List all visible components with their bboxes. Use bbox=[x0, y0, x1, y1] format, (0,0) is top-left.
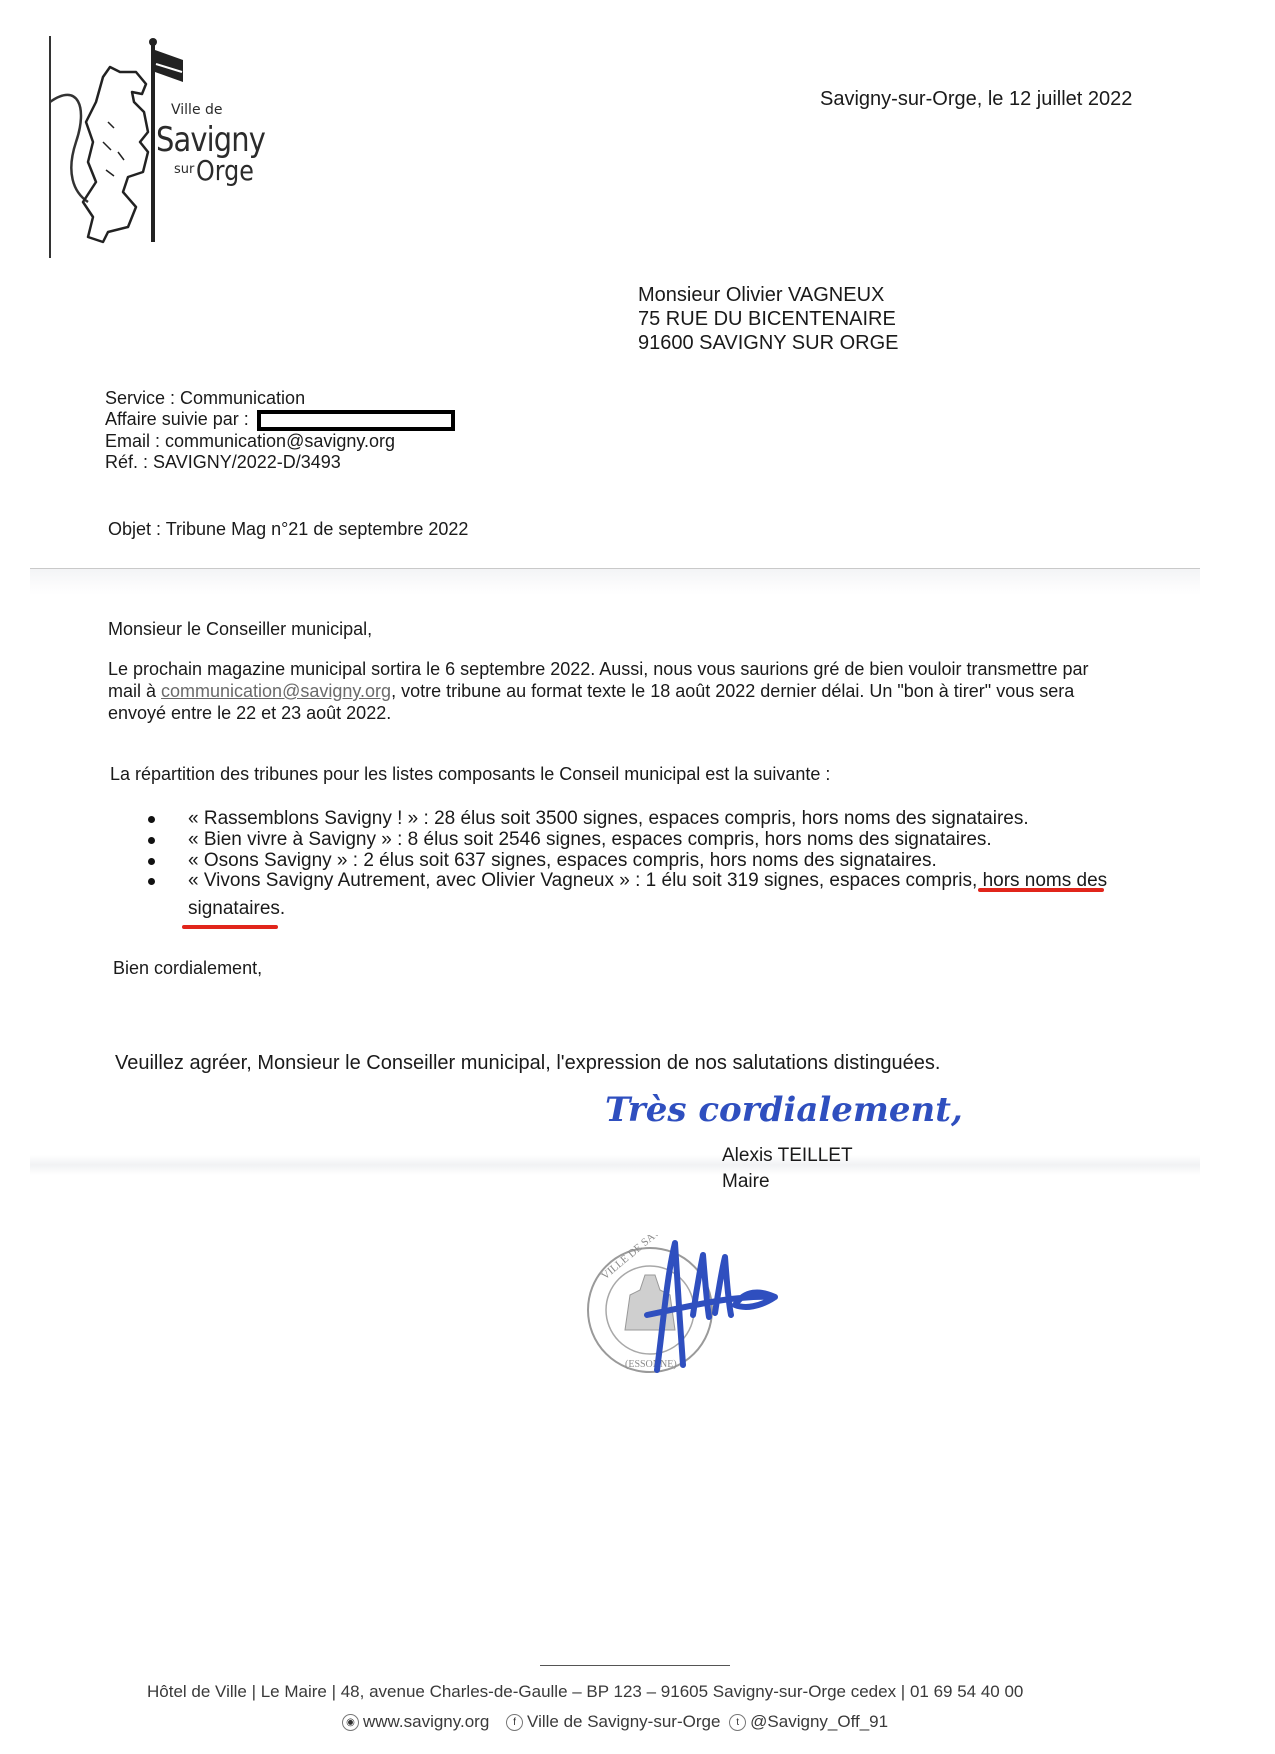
red-underline bbox=[182, 925, 278, 929]
list-item-text: « Vivons Savigny Autrement, avec Olivier… bbox=[188, 870, 983, 891]
paragraph-line: mail à communication@savigny.org, votre … bbox=[108, 680, 1089, 702]
scan-fold-shade bbox=[30, 1155, 1200, 1175]
email-link[interactable]: communication@savigny.org bbox=[161, 681, 391, 701]
bullet-icon bbox=[148, 878, 155, 885]
website-link[interactable]: www.savigny.org bbox=[363, 1712, 489, 1731]
date-line: Savigny-sur-Orge, le 12 juillet 2022 bbox=[820, 88, 1132, 110]
recipient-block: Monsieur Olivier VAGNEUX 75 RUE DU BICEN… bbox=[638, 283, 898, 355]
city-logo: Ville de Savigny sur Orge bbox=[48, 32, 298, 262]
twitter-icon: t bbox=[729, 1714, 746, 1731]
logo-sub-prefix: sur bbox=[174, 162, 194, 177]
recipient-street: 75 RUE DU BICENTENAIRE bbox=[638, 307, 898, 331]
globe-icon: ◉ bbox=[342, 1714, 359, 1731]
paragraph-line: Le prochain magazine municipal sortira l… bbox=[108, 658, 1089, 680]
paragraph-deadline: Le prochain magazine municipal sortira l… bbox=[108, 658, 1089, 724]
signatory-block: Alexis TEILLET Maire bbox=[722, 1143, 853, 1195]
list-item-text: « Bien vivre à Savigny » : 8 élus soit 2… bbox=[188, 829, 992, 850]
svg-text:(ESSONNE): (ESSONNE) bbox=[625, 1359, 677, 1370]
affaire-line: Affaire suivie par : bbox=[105, 409, 455, 431]
seal-stamp-icon: VILLE DE SAVIGNY (ESSONNE) bbox=[585, 1235, 845, 1380]
bullet-icon bbox=[148, 816, 155, 823]
red-underline bbox=[978, 888, 1104, 892]
paragraph-line: envoyé entre le 22 et 23 août 2022. bbox=[108, 702, 1089, 724]
recipient-name: Monsieur Olivier VAGNEUX bbox=[638, 283, 898, 307]
facebook-link[interactable]: Ville de Savigny-sur-Orge bbox=[527, 1712, 720, 1731]
scan-fold-shade bbox=[30, 569, 1200, 595]
logo-sub-name: Orge bbox=[196, 154, 254, 187]
affaire-label: Affaire suivie par : bbox=[105, 409, 249, 429]
footer-divider bbox=[540, 1665, 730, 1666]
text-span: mail à bbox=[108, 681, 161, 701]
closing-short: Bien cordialement, bbox=[113, 957, 262, 979]
facebook-icon: f bbox=[506, 1714, 523, 1731]
twitter-link[interactable]: @Savigny_Off_91 bbox=[750, 1712, 888, 1731]
redacted-box bbox=[257, 410, 455, 431]
ref-line: Réf. : SAVIGNY/2022-D/3493 bbox=[105, 452, 455, 473]
paragraph-distribution: La répartition des tribunes pour les lis… bbox=[110, 763, 830, 785]
footer-address: Hôtel de Ville | Le Maire | 48, avenue C… bbox=[147, 1682, 1023, 1702]
signatory-title: Maire bbox=[722, 1169, 853, 1195]
tribune-list: « Rassemblons Savigny ! » : 28 élus soit… bbox=[140, 808, 1140, 923]
text-span: , votre tribune au format texte le 18 ao… bbox=[391, 681, 1074, 701]
salutation: Monsieur le Conseiller municipal, bbox=[108, 618, 372, 640]
list-item-text: « Rassemblons Savigny ! » : 28 élus soit… bbox=[188, 808, 1029, 829]
highlighted-text: signataires bbox=[188, 898, 280, 919]
bullet-icon bbox=[148, 837, 155, 844]
recipient-city: 91600 SAVIGNY SUR ORGE bbox=[638, 331, 898, 355]
official-seal: VILLE DE SAVIGNY (ESSONNE) bbox=[585, 1235, 845, 1380]
email-line: Email : communication@savigny.org bbox=[105, 431, 455, 452]
subject-line: Objet : Tribune Mag n°21 de septembre 20… bbox=[108, 518, 468, 540]
logo-prefix: Ville de bbox=[171, 102, 223, 118]
meta-block: Service : Communication Affaire suivie p… bbox=[105, 388, 455, 473]
closing-formal: Veuillez agréer, Monsieur le Conseiller … bbox=[115, 1052, 940, 1074]
bullet-icon bbox=[148, 858, 155, 865]
signatory-name: Alexis TEILLET bbox=[722, 1143, 853, 1169]
service-line: Service : Communication bbox=[105, 388, 455, 409]
list-item: « Rassemblons Savigny ! » : 28 élus soit… bbox=[140, 808, 1140, 829]
list-item: « Vivons Savigny Autrement, avec Olivier… bbox=[140, 867, 1140, 923]
list-item: « Bien vivre à Savigny » : 8 élus soit 2… bbox=[140, 829, 1140, 850]
list-item-text: . bbox=[280, 898, 285, 919]
handwritten-note: Très cordialement, bbox=[605, 1090, 963, 1130]
footer-social: ◉www.savigny.org fVille de Savigny-sur-O… bbox=[338, 1712, 888, 1732]
